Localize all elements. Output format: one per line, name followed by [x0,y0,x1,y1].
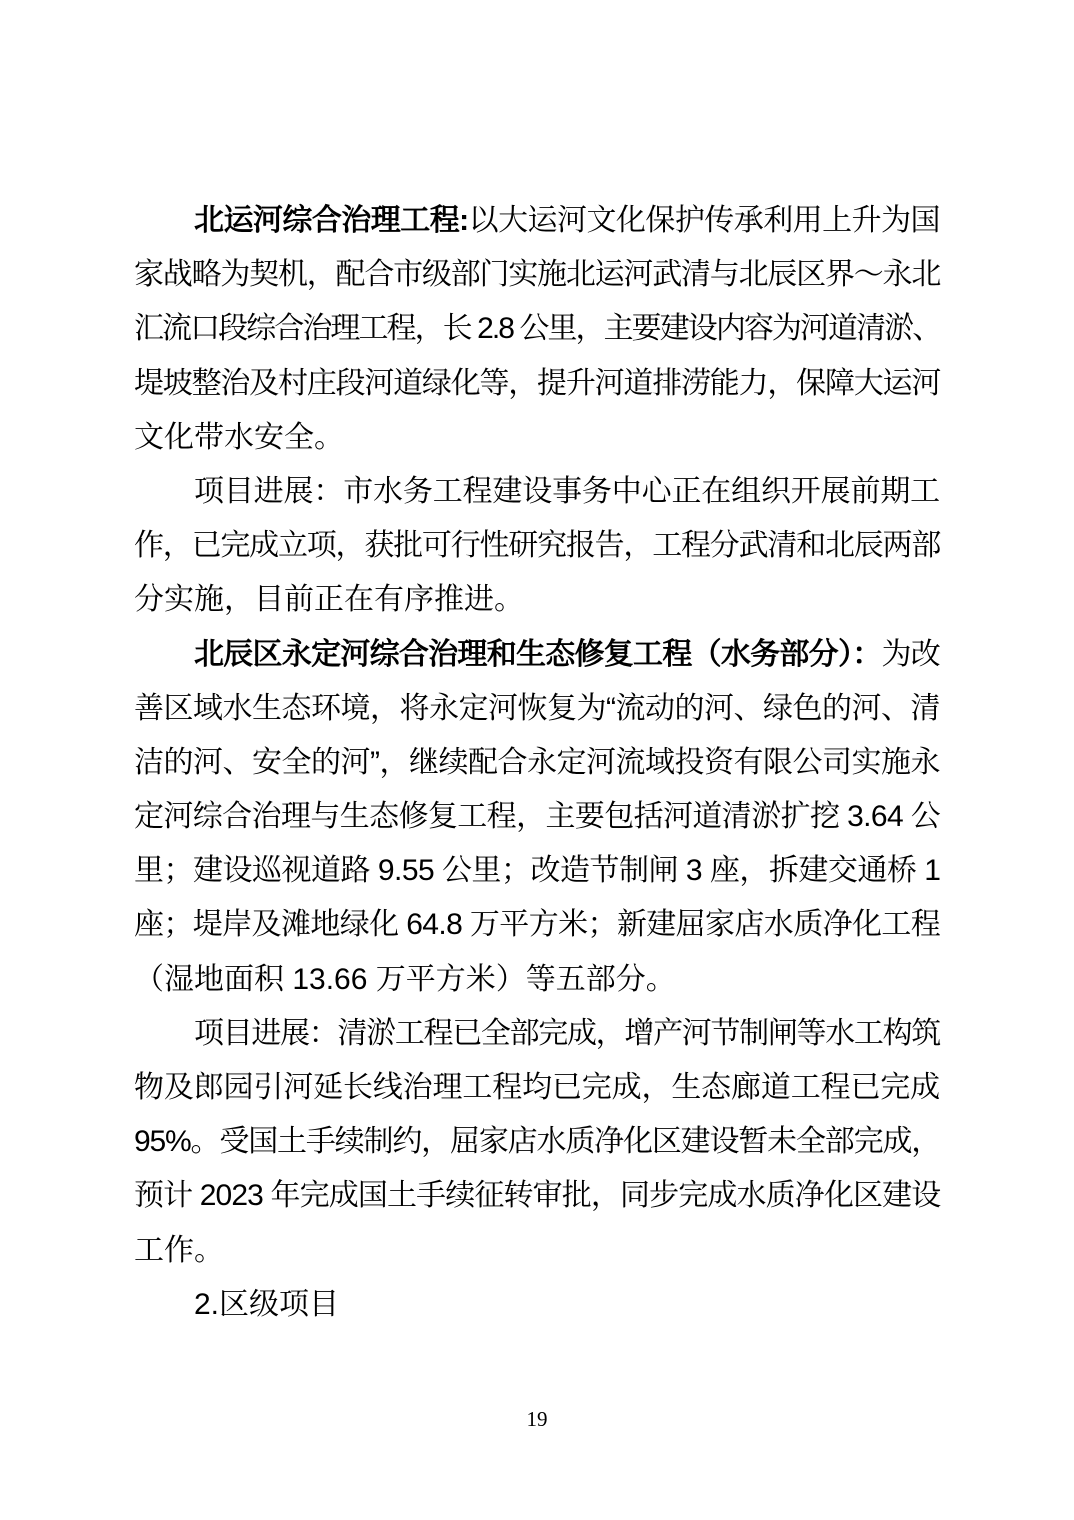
text-line: 分实施，目前正在有序推进。 [134,573,940,627]
text-line: 北辰区永定河综合治理和生态修复工程（水务部分）：为改 [134,628,940,682]
text-line: 定河综合治理与生态修复工程，主要包括河道清淤扩挖 3.64 公 [134,790,940,844]
body-text: 汇流口段综合治理工程，长 2.8 公里，主要建设内容为河道清淤、 [134,312,940,345]
body-text: 里；建设巡视道路 9.55 公里；改造节制闸 3 座，拆建交通桥 1 [134,854,940,887]
body-text: 作，已完成立项，获批可行性研究报告，工程分武清和北辰两部 [134,529,940,562]
document-page: 北运河综合治理工程:以大运河文化保护传承利用上升为国家战略为契机，配合市级部门实… [0,0,1074,1520]
text-line: 汇流口段综合治理工程，长 2.8 公里，主要建设内容为河道清淤、 [134,302,940,356]
para-progress-beiyunhe: 项目进展：市水务工程建设事务中心正在组织开展前期工作，已完成立项，获批可行性研究… [134,465,940,628]
text-line: 项目进展：市水务工程建设事务中心正在组织开展前期工 [134,465,940,519]
page-number: 19 [0,1406,1074,1432]
body-text: 以大运河文化保护传承利用上升为国 [469,204,940,237]
text-line: 物及郎园引河延长线治理工程均已完成，生态廊道工程已完成 [134,1061,940,1115]
text-line: 善区域水生态环境，将永定河恢复为“流动的河、绿色的河、清 [134,682,940,736]
para-progress-yongdinghe: 项目进展：清淤工程已全部完成，增产河节制闸等水工构筑物及郎园引河延长线治理工程均… [134,1007,940,1278]
body-text: 定河综合治理与生态修复工程，主要包括河道清淤扩挖 3.64 公 [134,800,940,833]
para-beichen-yongdinghe-project: 北辰区永定河综合治理和生态修复工程（水务部分）：为改善区域水生态环境，将永定河恢… [134,628,940,1007]
body-text: 善区域水生态环境，将永定河恢复为“流动的河、绿色的河、清 [134,692,940,725]
body-text: 预计 2023 年完成国土手续征转审批，同步完成水质净化区建设 [134,1179,940,1212]
body-text: 项目进展：清淤工程已全部完成，增产河节制闸等水工构筑 [194,1017,940,1050]
body-text: 项目进展：市水务工程建设事务中心正在组织开展前期工 [194,475,940,508]
document-body: 北运河综合治理工程:以大运河文化保护传承利用上升为国家战略为契机，配合市级部门实… [134,194,940,1332]
body-text: 堤坡整治及村庄段河道绿化等，提升河道排涝能力，保障大运河 [134,367,940,400]
body-text: 为改 [881,638,940,671]
text-line: （湿地面积 13.66 万平方米）等五部分。 [134,953,940,1007]
text-line: 堤坡整治及村庄段河道绿化等，提升河道排涝能力，保障大运河 [134,357,940,411]
text-line: 洁的河、安全的河”，继续配合永定河流域投资有限公司实施永 [134,736,940,790]
text-line: 里；建设巡视道路 9.55 公里；改造节制闸 3 座，拆建交通桥 1 [134,844,940,898]
bold-heading-text: 北辰区永定河综合治理和生态修复工程（水务部分）： [194,638,881,671]
body-text: 工作。 [134,1234,224,1267]
text-line: 家战略为契机，配合市级部门实施北运河武清与北辰区界～永北 [134,248,940,302]
body-text: 物及郎园引河延长线治理工程均已完成，生态廊道工程已完成 [134,1071,940,1104]
text-line: 北运河综合治理工程:以大运河文化保护传承利用上升为国 [134,194,940,248]
para-beiyunhe-project: 北运河综合治理工程:以大运河文化保护传承利用上升为国家战略为契机，配合市级部门实… [134,194,940,465]
text-line: 作，已完成立项，获批可行性研究报告，工程分武清和北辰两部 [134,519,940,573]
body-text: 家战略为契机，配合市级部门实施北运河武清与北辰区界～永北 [134,258,940,291]
text-line: 座；堤岸及滩地绿化 64.8 万平方米；新建屈家店水质净化工程 [134,898,940,952]
text-line: 工作。 [134,1224,940,1278]
text-line: 预计 2023 年完成国土手续征转审批，同步完成水质净化区建设 [134,1169,940,1223]
body-text: 洁的河、安全的河”，继续配合永定河流域投资有限公司实施永 [134,746,940,779]
body-text: 座；堤岸及滩地绿化 64.8 万平方米；新建屈家店水质净化工程 [134,908,940,941]
text-line: 95%。受国土手续制约，屈家店水质净化区建设暂未全部完成， [134,1115,940,1169]
body-text: （湿地面积 13.66 万平方米）等五部分。 [134,963,676,996]
bold-heading-text: 北运河综合治理工程: [194,204,469,237]
text-line: 2.区级项目 [134,1278,940,1332]
para-district-level-projects-heading: 2.区级项目 [134,1278,940,1332]
text-line: 文化带水安全。 [134,411,940,465]
body-text: 文化带水安全。 [134,421,344,454]
body-text: 2.区级项目 [194,1288,339,1321]
body-text: 分实施，目前正在有序推进。 [134,583,524,616]
body-text: 95%。受国土手续制约，屈家店水质净化区建设暂未全部完成， [134,1125,940,1158]
text-line: 项目进展：清淤工程已全部完成，增产河节制闸等水工构筑 [134,1007,940,1061]
